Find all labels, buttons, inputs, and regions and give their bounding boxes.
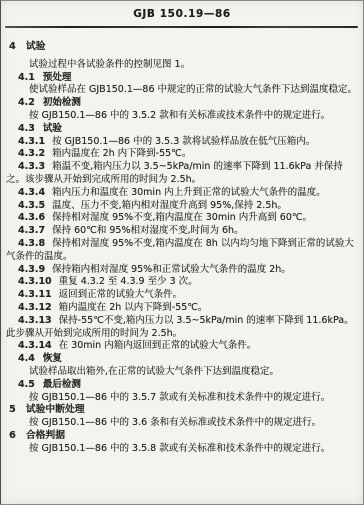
clause-4-3-2: 4.3.2箱内温度在 2h 内下降到-55℃。 xyxy=(6,148,357,161)
section-5-heading: 5试验中断处理 xyxy=(6,404,357,417)
paragraph: 按 GJB150.1—86 中的 3.6 条和有关标准或技术条件中的规定进行。 xyxy=(6,417,357,430)
section-4-heading: 4试验 xyxy=(6,41,357,54)
clause-text: 温度、压力不变,箱内相对湿度升高到 95%,保持 2.5h。 xyxy=(52,200,287,211)
section-number: 4 xyxy=(9,41,16,52)
doc-number: GJB 150.19—86 xyxy=(1,1,363,20)
clause-text: 箱温不变,箱内压力以 3.5~5kPa/min 的速率下降到 11.6kPa 并… xyxy=(6,161,343,185)
clause-number: 4.3.10 xyxy=(18,276,52,287)
clause-4-3-7: 4.3.7保持 60℃和 95%相对湿度不变,时间为 6h。 xyxy=(6,225,357,238)
section-4-1-heading: 4.1预处理 xyxy=(6,72,357,85)
clause-4-3-10: 4.3.10重复 4.3.2 至 4.3.9 至少 3 次。 xyxy=(6,276,357,289)
section-title: 初始检测 xyxy=(43,97,81,108)
clause-4-3-13: 4.3.13保持-55℃不变,箱内压力以 3.5~5kPa/min 的速率下降到… xyxy=(6,315,357,341)
paragraph: 试验过程中各试验条件的控制见图 1。 xyxy=(6,59,357,72)
section-4-3-heading: 4.3试验 xyxy=(6,123,357,136)
section-title: 试验 xyxy=(26,41,46,52)
clause-text: 保持相对湿度 95%不变,箱内温度在 8h 以内均匀地下降到正常的试验大气条件的… xyxy=(6,238,354,262)
clause-text: 重复 4.3.2 至 4.3.9 至少 3 次。 xyxy=(59,276,198,287)
clause-number: 4.3.3 xyxy=(18,161,45,172)
section-title: 试验 xyxy=(43,123,62,134)
section-title: 试验中断处理 xyxy=(26,404,85,415)
clause-text: 返回到正常的试验大气条件。 xyxy=(59,289,183,300)
clause-number: 4.3.9 xyxy=(18,264,45,275)
clause-text: 在 30min 内箱内返回到正常的试验大气条件。 xyxy=(59,340,257,351)
clause-text: 保持相对湿度 95%不变,箱内温度在 30min 内升高到 60℃。 xyxy=(52,212,312,223)
clause-text: 按 GJB150.1—86 中的 3.5.3 款将试验样品放在低气压箱内。 xyxy=(52,136,315,147)
clause-number: 4.3.5 xyxy=(18,200,45,211)
clause-number: 4.3.2 xyxy=(18,148,45,159)
clause-4-3-12: 4.3.12箱内温度在 2h 以内下降到-55℃。 xyxy=(6,302,357,315)
clause-text: 保持 60℃和 95%相对湿度不变,时间为 6h。 xyxy=(52,225,244,236)
clause-4-3-8: 4.3.8保持相对湿度 95%不变,箱内温度在 8h 以内均匀地下降到正常的试验… xyxy=(6,238,357,264)
clause-4-3-11: 4.3.11返回到正常的试验大气条件。 xyxy=(6,289,357,302)
clause-number: 4.3.6 xyxy=(18,212,45,223)
section-number: 4.2 xyxy=(18,97,35,108)
section-6-heading: 6合格判据 xyxy=(6,430,357,443)
section-number: 4.5 xyxy=(18,379,35,390)
section-number: 6 xyxy=(9,430,16,441)
clause-4-3-1: 4.3.1按 GJB150.1—86 中的 3.5.3 款将试验样品放在低气压箱… xyxy=(6,136,357,149)
section-4-4-heading: 4.4恢复 xyxy=(6,353,357,366)
clause-text: 箱内压力和温度在 30min 内上升到正常的试验大气条件的温度。 xyxy=(52,187,326,198)
paragraph: 使试验样品在 GJB150.1—86 中规定的正常的试验大气条件下达到温度稳定。 xyxy=(6,84,357,97)
section-number: 4.3 xyxy=(18,123,35,134)
clause-number: 4.3.13 xyxy=(18,315,52,326)
section-number: 4.4 xyxy=(18,353,35,364)
document-body: 4试验 试验过程中各试验条件的控制见图 1。 4.1预处理 使试验样品在 GJB… xyxy=(1,28,363,456)
clause-4-3-3: 4.3.3箱温不变,箱内压力以 3.5~5kPa/min 的速率下降到 11.6… xyxy=(6,161,357,187)
clause-text: 箱内温度在 2h 内下降到-55℃。 xyxy=(52,148,191,159)
clause-4-3-14: 4.3.14在 30min 内箱内返回到正常的试验大气条件。 xyxy=(6,340,357,353)
section-title: 恢复 xyxy=(43,353,62,364)
clause-text: 保持箱内相对湿度 95%和正常试验大气条件的温度 2h。 xyxy=(52,264,291,275)
document-page: GJB 150.19—86 4试验 试验过程中各试验条件的控制见图 1。 4.1… xyxy=(0,0,364,505)
clause-4-3-6: 4.3.6保持相对湿度 95%不变,箱内温度在 30min 内升高到 60℃。 xyxy=(6,212,357,225)
clause-4-3-4: 4.3.4箱内压力和温度在 30min 内上升到正常的试验大气条件的温度。 xyxy=(6,187,357,200)
clause-number: 4.3.14 xyxy=(18,340,52,351)
clause-number: 4.3.7 xyxy=(18,225,45,236)
clause-4-3-5: 4.3.5温度、压力不变,箱内相对湿度升高到 95%,保持 2.5h。 xyxy=(6,200,357,213)
clause-number: 4.3.4 xyxy=(18,187,45,198)
section-title: 预处理 xyxy=(43,72,72,83)
section-number: 5 xyxy=(9,404,16,415)
section-number: 4.1 xyxy=(18,72,35,83)
paragraph: 按 GJB150.1—86 中的 3.5.7 款或有关标准和技术条件中的规定进行… xyxy=(6,392,357,405)
paragraph: 按 GJB150.1—86 中的 3.5.2 款和有关标准或技术条件中的规定进行… xyxy=(6,110,357,123)
section-title: 最后检测 xyxy=(43,379,81,390)
clause-number: 4.3.12 xyxy=(18,302,52,313)
section-4-5-heading: 4.5最后检测 xyxy=(6,379,357,392)
clause-number: 4.3.11 xyxy=(18,289,52,300)
clause-text: 保持-55℃不变,箱内压力以 3.5~5kPa/min 的速率下降到 11.6k… xyxy=(6,315,354,339)
section-title: 合格判据 xyxy=(26,430,65,441)
paragraph: 按 GJB150.1—86 中的 3.5.8 款或有关标准和技术条件中的规定进行… xyxy=(6,443,357,456)
clause-text: 箱内温度在 2h 以内下降到-55℃。 xyxy=(59,302,208,313)
clause-number: 4.3.1 xyxy=(18,136,45,147)
section-4-2-heading: 4.2初始检测 xyxy=(6,97,357,110)
clause-number: 4.3.8 xyxy=(18,238,45,249)
clause-4-3-9: 4.3.9保持箱内相对湿度 95%和正常试验大气条件的温度 2h。 xyxy=(6,264,357,277)
paragraph: 试验样品取出箱外,在正常的试验大气条件下达到温度稳定。 xyxy=(6,366,357,379)
